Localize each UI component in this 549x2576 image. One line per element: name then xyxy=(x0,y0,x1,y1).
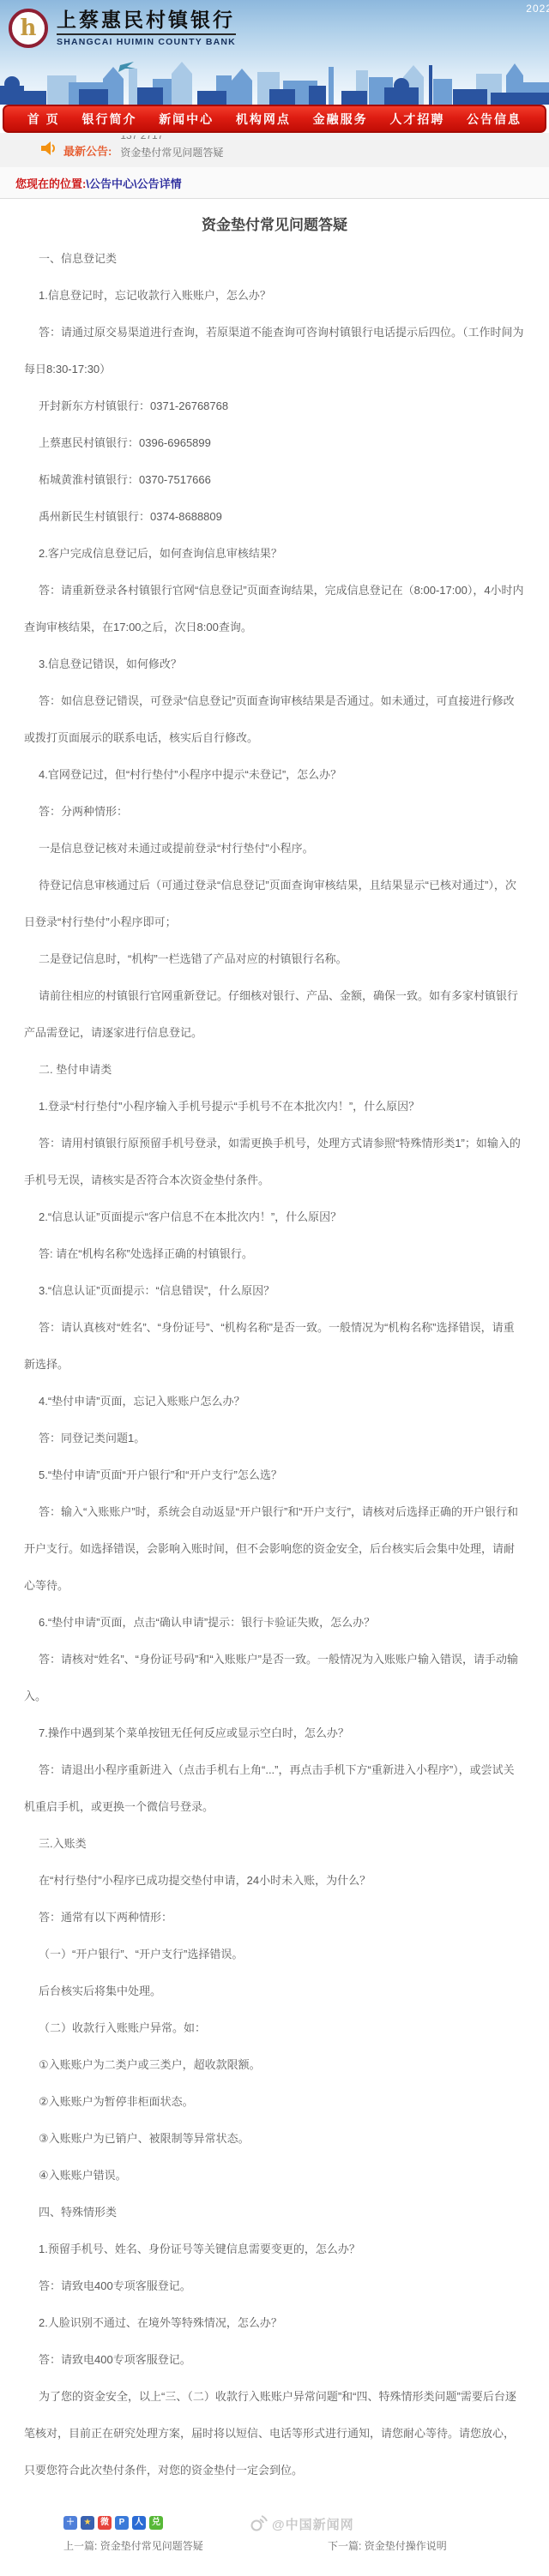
prevnext-row: 上一篇: 资金垫付常见问题答疑 下一篇: 资金垫付操作说明 xyxy=(63,2538,525,2553)
article-paragraph: 二. 垫付申请类 xyxy=(24,1051,525,1088)
nav-item-0[interactable]: 首 页 xyxy=(27,111,60,128)
announcement-item-current[interactable]: 资金垫付常见问题答疑 xyxy=(120,145,223,159)
article-paragraph: 开封新东方村镇银行：0371-26768768 xyxy=(24,387,525,424)
nav-item-6[interactable]: 公告信息 xyxy=(467,111,522,128)
article-paragraph: 待登记信息审核通过后（可通过登录“信息登记”页面查询审核结果，且结果显示“已核对… xyxy=(24,867,525,940)
article-paragraph: 答：请核对“姓名”、“身份证号码”和“入账账户”是否一致。一般情况为入账账户输入… xyxy=(24,1641,525,1714)
article-paragraph: 答：请重新登录各村镇银行官网“信息登记”页面查询结果，完成信息登记在（8:00-… xyxy=(24,572,525,646)
breadcrumb: 您现在的位置:\公告中心\公告详情 xyxy=(0,167,549,199)
article-paragraph: 2.“信息认证”页面提示“客户信息不在本批次内！”，什么原因？ xyxy=(24,1198,525,1235)
nav-item-1[interactable]: 银行简介 xyxy=(81,111,136,128)
speaker-icon xyxy=(41,141,57,159)
announcement-bar: 最新公告: 137 2717 资金垫付常见问题答疑 xyxy=(0,133,549,167)
site-header: 2022 xyxy=(0,0,549,105)
nav-item-3[interactable]: 机构网点 xyxy=(236,111,291,128)
article-paragraph: 答：请退出小程序重新进入（点击手机右上角“...”，再点击手机下方“重新进入小程… xyxy=(24,1751,525,1825)
article-paragraph: 二是登记信息时，“机构”一栏选错了产品对应的村镇银行名称。 xyxy=(24,940,525,977)
nav-item-2[interactable]: 新闻中心 xyxy=(159,111,214,128)
article-footer: ＋★微P人兑 @中国新闻网 上一篇: 资金垫付常见问题答疑 下一篇: 资金垫付操… xyxy=(24,2514,525,2576)
article-paragraph: 四、特殊情形类 xyxy=(24,2194,525,2231)
article-paragraph: 答: 请在“机构名称”处选择正确的村镇银行。 xyxy=(24,1235,525,1272)
article-paragraph: ①入账账户为二类户或三类户，超收款限额。 xyxy=(24,2046,525,2083)
article-paragraph: 在“村行垫付”小程序已成功提交垫付申请，24小时未入账，为什么？ xyxy=(24,1862,525,1899)
share-more-icon[interactable]: ＋ xyxy=(63,2516,77,2530)
article-paragraph: 4.“垫付申请”页面，忘记入账账户怎么办？ xyxy=(24,1383,525,1420)
bank-logo-icon: h xyxy=(9,9,48,48)
article-paragraph: 1.登录“村行垫付”小程序输入手机号提示“手机号不在本批次内！”，什么原因？ xyxy=(24,1088,525,1125)
article-paragraph: 3.信息登记错误，如何修改？ xyxy=(24,646,525,682)
nav-item-5[interactable]: 人才招聘 xyxy=(389,111,444,128)
article-paragraph: 答：请用村镇银行原预留手机号登录，如需更换手机号，处理方式请参照“特殊情形类1”… xyxy=(24,1125,525,1198)
article-paragraph: （二）收款行入账账户异常。如： xyxy=(24,2009,525,2046)
article-paragraph: 答：分两种情形： xyxy=(24,793,525,830)
article-paragraph: 后台核实后将集中处理。 xyxy=(24,1973,525,2009)
share-buttons: ＋★微P人兑 xyxy=(63,2516,163,2530)
bank-name-chinese: 上蔡惠民村镇银行 xyxy=(57,7,236,33)
article: 资金垫付常见问题答疑 一、信息登记类1.信息登记时，忘记收款行入账账户，怎么办？… xyxy=(0,214,549,2576)
article-paragraph: 6.“垫付申请”页面，点击“确认申请”提示：银行卡验证失败，怎么办？ xyxy=(24,1604,525,1641)
article-paragraph: 上蔡惠民村镇银行：0396-6965899 xyxy=(24,424,525,461)
article-paragraph: 一是信息登记核对未通过或提前登录“村行垫付”小程序。 xyxy=(24,830,525,867)
article-paragraph: 答：请通过原交易渠道进行查询，若原渠道不能查询可咨询村镇银行电话提示后四位。（工… xyxy=(24,314,525,387)
article-paragraph: 答：输入“入账账户”时，系统会自动返显“开户银行”和“开户支行”，请核对后选择正… xyxy=(24,1493,525,1604)
nav-item-4[interactable]: 金融服务 xyxy=(313,111,368,128)
qzone-icon[interactable]: ★ xyxy=(81,2516,94,2530)
article-paragraph: 禹州新民生村镇银行：0374-8688809 xyxy=(24,498,525,535)
article-paragraph: 答：同登记类问题1。 xyxy=(24,1420,525,1456)
announcement-marquee[interactable]: 137 2717 资金垫付常见问题答疑 xyxy=(120,135,395,165)
article-paragraph: 2.人脸识别不通过、在境外等特殊情况，怎么办？ xyxy=(24,2304,525,2341)
article-paragraph: ④入账账户错误。 xyxy=(24,2157,525,2194)
main-navbar: 首 页银行简介新闻中心机构网点金融服务人才招聘公告信息 xyxy=(3,105,546,133)
sina-weibo-icon[interactable]: 微 xyxy=(98,2516,112,2530)
bank-name-english: SHANGCAI HUIMIN COUNTY BANK xyxy=(57,33,236,47)
article-paragraph: 2.客户完成信息登记后，如何查询信息审核结果？ xyxy=(24,535,525,572)
article-paragraph: 1.信息登记时，忘记收款行入账账户，怎么办？ xyxy=(24,277,525,314)
article-paragraph: 一、信息登记类 xyxy=(24,240,525,277)
article-paragraph: 答：请认真核对“姓名”、“身份证号”、“机构名称”是否一致。一般情况为“机构名称… xyxy=(24,1309,525,1383)
article-paragraph: 为了您的资金安全，以上“三、（二）收款行入账账户异常问题”和“四、特殊情形类问题… xyxy=(24,2378,525,2489)
article-paragraph: 请前往相应的村镇银行官网重新登记。仔细核对银行、产品、金额，确保一致。如有多家村… xyxy=(24,977,525,1051)
article-paragraph: 答：如信息登记错误，可登录“信息登记”页面查询审核结果是否通过。如未通过，可直接… xyxy=(24,682,525,756)
wechat-icon[interactable]: 兑 xyxy=(149,2516,163,2530)
article-paragraph: 1.预留手机号、姓名、身份证号等关键信息需要变更的，怎么办？ xyxy=(24,2231,525,2267)
article-paragraph: ②入账账户为暂停非柜面状态。 xyxy=(24,2083,525,2120)
announcement-label: 最新公告: xyxy=(63,142,112,159)
breadcrumb-prefix: 您现在的位置: xyxy=(15,177,86,190)
weibo-swirl-icon xyxy=(249,2514,268,2533)
article-paragraph: 三.入账类 xyxy=(24,1825,525,1862)
breadcrumb-path[interactable]: \公告中心\公告详情 xyxy=(86,177,181,190)
article-paragraph: ③入账账户为已销户、被限制等异常状态。 xyxy=(24,2120,525,2157)
page-title: 资金垫付常见问题答疑 xyxy=(24,214,525,237)
renren-icon[interactable]: 人 xyxy=(132,2516,146,2530)
header-date-text: 2022 xyxy=(526,3,549,15)
article-paragraph: 7.操作中遇到某个菜单按钮无任何反应或显示空白时，怎么办？ xyxy=(24,1714,525,1751)
article-paragraph: 答：通常有以下两种情形： xyxy=(24,1899,525,1936)
article-body: 一、信息登记类1.信息登记时，忘记收款行入账账户，怎么办？答：请通过原交易渠道进… xyxy=(24,240,525,2489)
prev-article-link[interactable]: 上一篇: 资金垫付常见问题答疑 xyxy=(63,2540,203,2552)
next-article-link[interactable]: 下一篇: 资金垫付操作说明 xyxy=(328,2538,447,2553)
article-paragraph: 4.官网登记过，但“村行垫付”小程序中提示“未登记”，怎么办？ xyxy=(24,756,525,793)
article-paragraph: 答：请致电400专项客服登记。 xyxy=(24,2341,525,2378)
article-paragraph: 柘城黄淮村镇银行：0370-7517666 xyxy=(24,461,525,498)
watermark: @中国新闻网 xyxy=(249,2514,354,2533)
article-paragraph: 5.“垫付申请”页面“开户银行”和“开户支行”怎么选？ xyxy=(24,1456,525,1493)
article-paragraph: 3.“信息认证”页面提示：“信息错误”，什么原因？ xyxy=(24,1272,525,1309)
article-paragraph: （一）“开户银行”、“开户支行”选择错误。 xyxy=(24,1936,525,1973)
article-paragraph: 答：请致电400专项客服登记。 xyxy=(24,2267,525,2304)
watermark-text: @中国新闻网 xyxy=(272,2515,354,2533)
bank-logo-block[interactable]: h 上蔡惠民村镇银行 SHANGCAI HUIMIN COUNTY BANK xyxy=(9,7,236,49)
city-skyline-illustration xyxy=(0,57,549,105)
announcement-item-partial[interactable]: 137 2717 xyxy=(120,135,163,141)
baidu-icon[interactable]: P xyxy=(115,2516,129,2530)
